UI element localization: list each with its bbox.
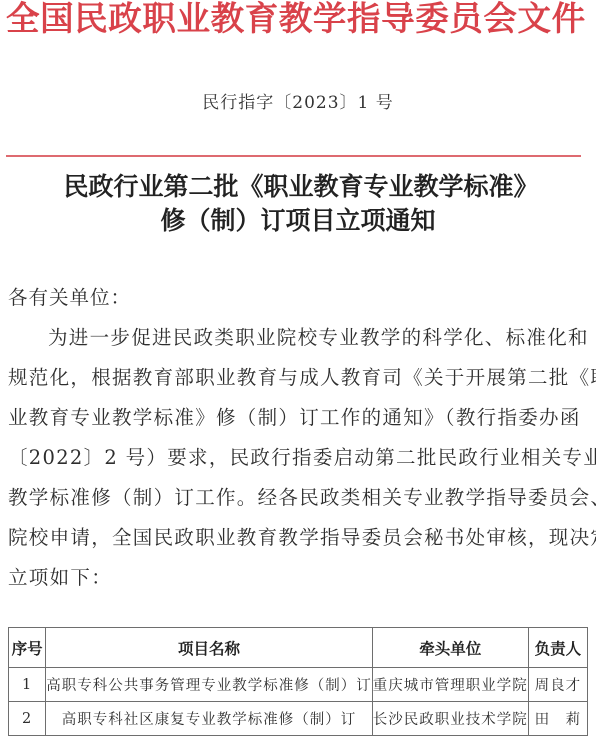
salutation: 各有关单位： bbox=[8, 285, 131, 311]
red-divider-rule bbox=[6, 155, 581, 157]
cell-lead-unit: 重庆城市管理职业学院 bbox=[372, 668, 528, 702]
body-paragraph: 为进一步促进民政类职业院校专业教学的科学化、标准化和 规范化，根据教育部职业教育… bbox=[8, 318, 588, 598]
body-line: 为进一步促进民政类职业院校专业教学的科学化、标准化和 bbox=[8, 318, 588, 358]
document-title-line-2: 修（制）订项目立项通知 bbox=[0, 204, 596, 238]
header-lead-unit: 牵头单位 bbox=[372, 628, 528, 668]
header-person-in-charge: 负责人 bbox=[528, 628, 587, 668]
cell-person-in-charge: 周良才 bbox=[528, 668, 587, 702]
table-row: 2 高职专科社区康复专业教学标准修（制）订 长沙民政职业技术学院 田 莉 bbox=[9, 702, 588, 736]
project-table: 序号 项目名称 牵头单位 负责人 1 高职专科公共事务管理专业教学标准修（制）订… bbox=[8, 627, 588, 736]
cell-serial-number: 2 bbox=[9, 702, 46, 736]
header-project-name: 项目名称 bbox=[46, 628, 373, 668]
document-title: 民政行业第二批《职业教育专业教学标准》 修（制）订项目立项通知 bbox=[0, 170, 596, 238]
cell-person-in-charge: 田 莉 bbox=[528, 702, 587, 736]
body-line: 业教育专业教学标准》修（制）订工作的通知》（教行指委办函 bbox=[8, 398, 588, 438]
body-line: 院校申请，全国民政职业教育教学指导委员会秘书处审核，现决定 bbox=[8, 518, 588, 558]
body-line: 立项如下： bbox=[8, 558, 588, 598]
cell-project-name: 高职专科公共事务管理专业教学标准修（制）订 bbox=[46, 668, 373, 702]
issuing-authority-header: 全国民政职业教育教学指导委员会文件 bbox=[6, 0, 592, 40]
cell-serial-number: 1 bbox=[9, 668, 46, 702]
header-serial-number: 序号 bbox=[9, 628, 46, 668]
document-number: 民行指字〔2023〕1 号 bbox=[0, 91, 596, 115]
body-line: 教学标准修（制）订工作。经各民政类相关专业教学指导委员会、 bbox=[8, 478, 588, 518]
table-header-row: 序号 项目名称 牵头单位 负责人 bbox=[9, 628, 588, 668]
body-line: 规范化，根据教育部职业教育与成人教育司《关于开展第二批《职 bbox=[8, 358, 588, 398]
body-line: 〔2022〕2 号）要求，民政行指委启动第二批民政行业相关专业 bbox=[8, 438, 588, 478]
cell-lead-unit: 长沙民政职业技术学院 bbox=[372, 702, 528, 736]
table-row: 1 高职专科公共事务管理专业教学标准修（制）订 重庆城市管理职业学院 周良才 bbox=[9, 668, 588, 702]
cell-project-name: 高职专科社区康复专业教学标准修（制）订 bbox=[46, 702, 373, 736]
document-title-line-1: 民政行业第二批《职业教育专业教学标准》 bbox=[0, 170, 596, 204]
